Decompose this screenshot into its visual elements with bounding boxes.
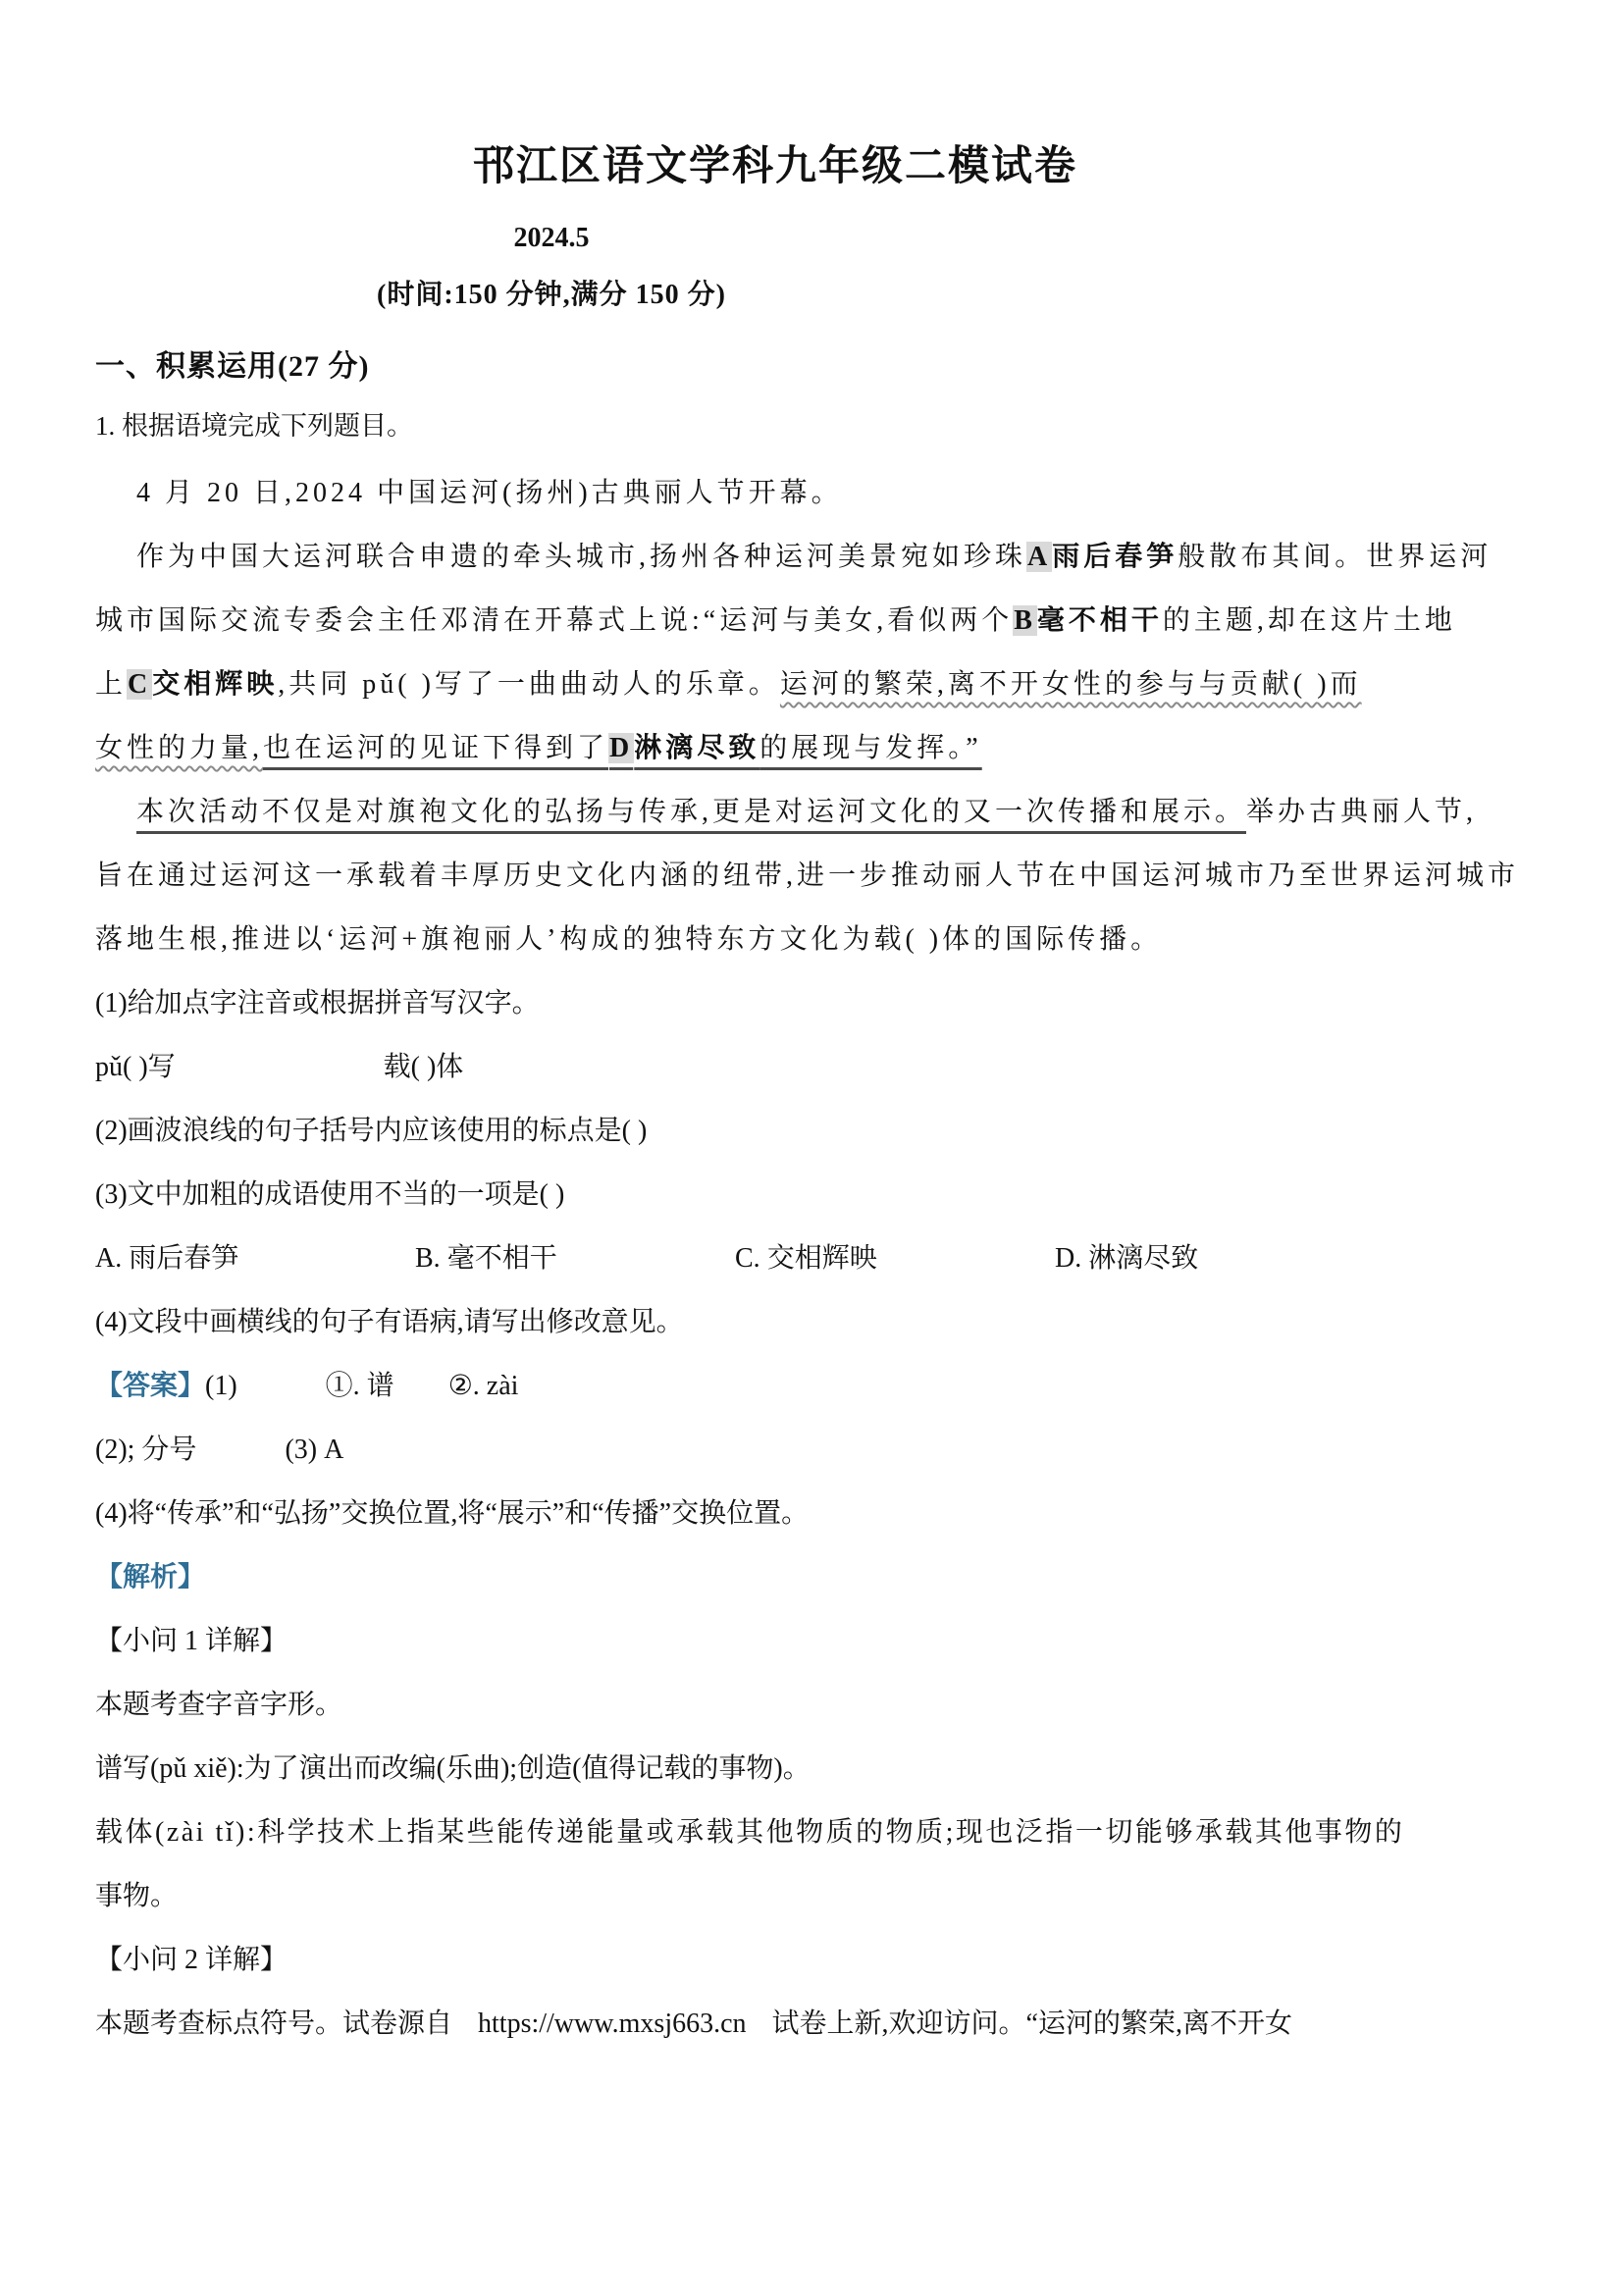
passage-text: 的主题,却在这片土地 xyxy=(1163,605,1456,636)
analysis-text: 试卷上新,欢迎访问。“运河的繁荣,离不开女 xyxy=(772,2009,1292,2039)
passage-text: 旨在通过运河这一承载着丰厚历史文化内涵的纽带,进一步推动丽人节在中国运河城市乃至… xyxy=(95,861,1519,891)
analysis-sub1-line-3: 载体(zài tǐ):科学技术上指某些能传递能量或承载其他物质的物质;现也泛指一… xyxy=(95,1800,1528,1864)
sub-question-2-detail-tag: 【小问 2 详解】 xyxy=(95,1945,288,1975)
page-title: 邗江区语文学科九年级二模试卷 xyxy=(95,143,1455,190)
passage-line-7: 旨在通过运河这一承载着丰厚历史文化内涵的纽带,进一步推动丽人节在中国运河城市乃至… xyxy=(95,844,1528,908)
passage-line-5: 女性的力量,也在运河的见证下得到了D淋漓尽致的展现与发挥。” xyxy=(95,716,1528,780)
passage-line-3: 城市国际交流专委会主任邓清在开幕式上说:“运河与美女,看似两个B毫不相干的主题,… xyxy=(95,589,1528,652)
idiom-marker-a: A xyxy=(1026,542,1052,572)
wavy-underlined-text: 女性的力量, xyxy=(95,733,263,763)
analysis-text: 谱写(pǔ xiě):为了演出而改编(乐曲);创造(值得记载的事物)。 xyxy=(95,1753,811,1784)
answer-line-1: 【答案】(1)①. 谱②. zài xyxy=(95,1354,1528,1418)
idiom-bold: 交相辉映 xyxy=(152,669,278,700)
analysis-sub1-line-1: 本题考查字音字形。 xyxy=(95,1673,1528,1737)
sub-question-2: (2)画波浪线的句子括号内应该使用的标点是( ) xyxy=(95,1099,1528,1163)
answer-line-4: (4)将“传承”和“弘扬”交换位置,将“展示”和“传播”交换位置。 xyxy=(95,1482,1528,1545)
sub-question-4: (4)文段中画横线的句子有语病,请写出修改意见。 xyxy=(95,1290,1528,1354)
answer-1-label: (1) xyxy=(205,1371,237,1401)
analysis-sub1-line-2: 谱写(pǔ xiě):为了演出而改编(乐曲);创造(值得记载的事物)。 xyxy=(95,1737,1528,1800)
idiom-bold: 雨后春笋 xyxy=(1052,542,1178,572)
exam-date: 2024.5 xyxy=(95,224,1008,253)
option-a: A. 雨后春笋 xyxy=(95,1226,415,1290)
analysis-text: 载体(zài tǐ):科学技术上指某些能传递能量或承载其他物质的物质;现也泛指一… xyxy=(95,1817,1404,1848)
choice-options-row: A. 雨后春笋B. 毫不相干C. 交相辉映D. 淋漓尽致 xyxy=(95,1226,1528,1290)
source-url-link[interactable]: https://www.mxsj663.cn xyxy=(478,2009,747,2039)
document-body: 4 月 20 日,2024 中国运河(扬州)古典丽人节开幕。 作为中国大运河联合… xyxy=(95,461,1528,2056)
sub-question-1-detail-tag: 【小问 1 详解】 xyxy=(95,1626,288,1656)
analysis-sub2-line-1: 本题考查标点符号。试卷源自https://www.mxsj663.cn试卷上新,… xyxy=(95,1992,1528,2056)
sub-question-1-blanks: pǔ( )写载( )体 xyxy=(95,1035,1528,1099)
passage-line-1: 4 月 20 日,2024 中国运河(扬州)古典丽人节开幕。 xyxy=(95,461,1528,525)
question-1-heading: 1. 根据语境完成下列题目。 xyxy=(95,412,1528,440)
passage-line-8: 落地生根,推进以‘运河+旗袍丽人’构成的独特东方文化为载( )体的国际传播。 xyxy=(95,908,1528,971)
answer-1-item-2: ②. zài xyxy=(448,1371,519,1401)
passage-text: 举办古典丽人节, xyxy=(1246,797,1477,827)
passage-line-2: 作为中国大运河联合申遗的牵头城市,扬州各种运河美景宛如珍珠A雨后春笋般散布其间。… xyxy=(95,525,1528,589)
analysis-tag: 【解析】 xyxy=(95,1562,205,1592)
analysis-sub2-heading: 【小问 2 详解】 xyxy=(95,1928,1528,1992)
sub-question-text: (3)文中加粗的成语使用不当的一项是( ) xyxy=(95,1179,564,1210)
idiom-bold: 毫不相干 xyxy=(1037,605,1163,636)
passage-text: 4 月 20 日,2024 中国运河(扬州)古典丽人节开幕。 xyxy=(136,478,843,508)
option-label: A. xyxy=(95,1243,122,1274)
passage-text: 城市国际交流专委会主任邓清在开幕式上说:“运河与美女,看似两个 xyxy=(95,605,1013,636)
option-d: D. 淋漓尽致 xyxy=(1055,1226,1375,1290)
idiom-marker-d: D xyxy=(608,733,634,763)
option-text: 淋漓尽致 xyxy=(1088,1243,1198,1274)
analysis-text: 本题考查字音字形。 xyxy=(95,1690,342,1720)
passage-text: 作为中国大运河联合申遗的牵头城市,扬州各种运河美景宛如珍珠 xyxy=(136,542,1026,572)
sub-question-1: (1)给加点字注音或根据拼音写汉字。 xyxy=(95,971,1528,1035)
pinyin-blank-pu: pǔ( )写 xyxy=(95,1052,176,1082)
passage-text: 般散布其间。世界运河 xyxy=(1178,542,1492,572)
passage-line-4: 上C交相辉映,共同 pǔ( )写了一曲曲动人的乐章。运河的繁荣,离不开女性的参与… xyxy=(95,652,1528,716)
exam-paper-page: 邗江区语文学科九年级二模试卷 2024.5 (时间:150 分钟,满分 150 … xyxy=(0,0,1623,2056)
answer-line-2: (2); 分号(3) A xyxy=(95,1418,1528,1482)
analysis-text: 本题考查标点符号。试卷源自 xyxy=(95,2009,452,2039)
passage-text: 上 xyxy=(95,669,127,700)
analysis-text: 事物。 xyxy=(95,1881,178,1911)
sub-question-text: (2)画波浪线的句子括号内应该使用的标点是( ) xyxy=(95,1116,647,1146)
option-b: B. 毫不相干 xyxy=(415,1226,735,1290)
passage-text: ,共同 pǔ( )写了一曲曲动人的乐章。 xyxy=(278,669,780,700)
pinyin-blank-zai: 载( )体 xyxy=(384,1052,464,1082)
option-text: 雨后春笋 xyxy=(129,1243,238,1274)
idiom-marker-c: C xyxy=(127,669,152,700)
answer-3: (3) A xyxy=(285,1435,343,1465)
idiom-bold: 淋漓尽致 xyxy=(634,733,759,763)
exam-time-score-meta: (时间:150 分钟,满分 150 分) xyxy=(95,281,1008,310)
option-label: D. xyxy=(1055,1243,1081,1274)
option-label: B. xyxy=(415,1243,441,1274)
option-text: 毫不相干 xyxy=(447,1243,557,1274)
underlined-text: 也在运河的见证下得到了 xyxy=(263,733,608,763)
underlined-text: 的展现与发挥。” xyxy=(759,733,981,763)
wavy-underlined-text: 运河的繁荣,离不开女性的参与与贡献( )而 xyxy=(780,669,1362,700)
passage-text: 落地生根,推进以‘运河+旗袍丽人’构成的独特东方文化为载( )体的国际传播。 xyxy=(95,924,1162,955)
underlined-sentence: 本次活动不仅是对旗袍文化的弘扬与传承,更是对运河文化的又一次传播和展示。 xyxy=(136,797,1246,827)
option-c: C. 交相辉映 xyxy=(735,1226,1055,1290)
sub-question-3: (3)文中加粗的成语使用不当的一项是( ) xyxy=(95,1163,1528,1226)
analysis-tag-line: 【解析】 xyxy=(95,1545,1528,1609)
option-text: 交相辉映 xyxy=(767,1243,877,1274)
answer-2: (2); 分号 xyxy=(95,1435,196,1465)
passage-line-6: 本次活动不仅是对旗袍文化的弘扬与传承,更是对运河文化的又一次传播和展示。举办古典… xyxy=(95,780,1528,844)
answer-4: (4)将“传承”和“弘扬”交换位置,将“展示”和“传播”交换位置。 xyxy=(95,1498,809,1529)
option-label: C. xyxy=(735,1243,760,1274)
section-heading: 一、积累运用(27 分) xyxy=(95,351,1528,383)
answer-1-item-1: ①. 谱 xyxy=(326,1371,394,1401)
answer-tag: 【答案】 xyxy=(95,1371,205,1401)
idiom-marker-b: B xyxy=(1013,605,1037,636)
sub-question-text: (4)文段中画横线的句子有语病,请写出修改意见。 xyxy=(95,1307,684,1337)
analysis-sub1-line-4: 事物。 xyxy=(95,1864,1528,1928)
sub-question-text: (1)给加点字注音或根据拼音写汉字。 xyxy=(95,988,540,1018)
analysis-sub1-heading: 【小问 1 详解】 xyxy=(95,1609,1528,1673)
